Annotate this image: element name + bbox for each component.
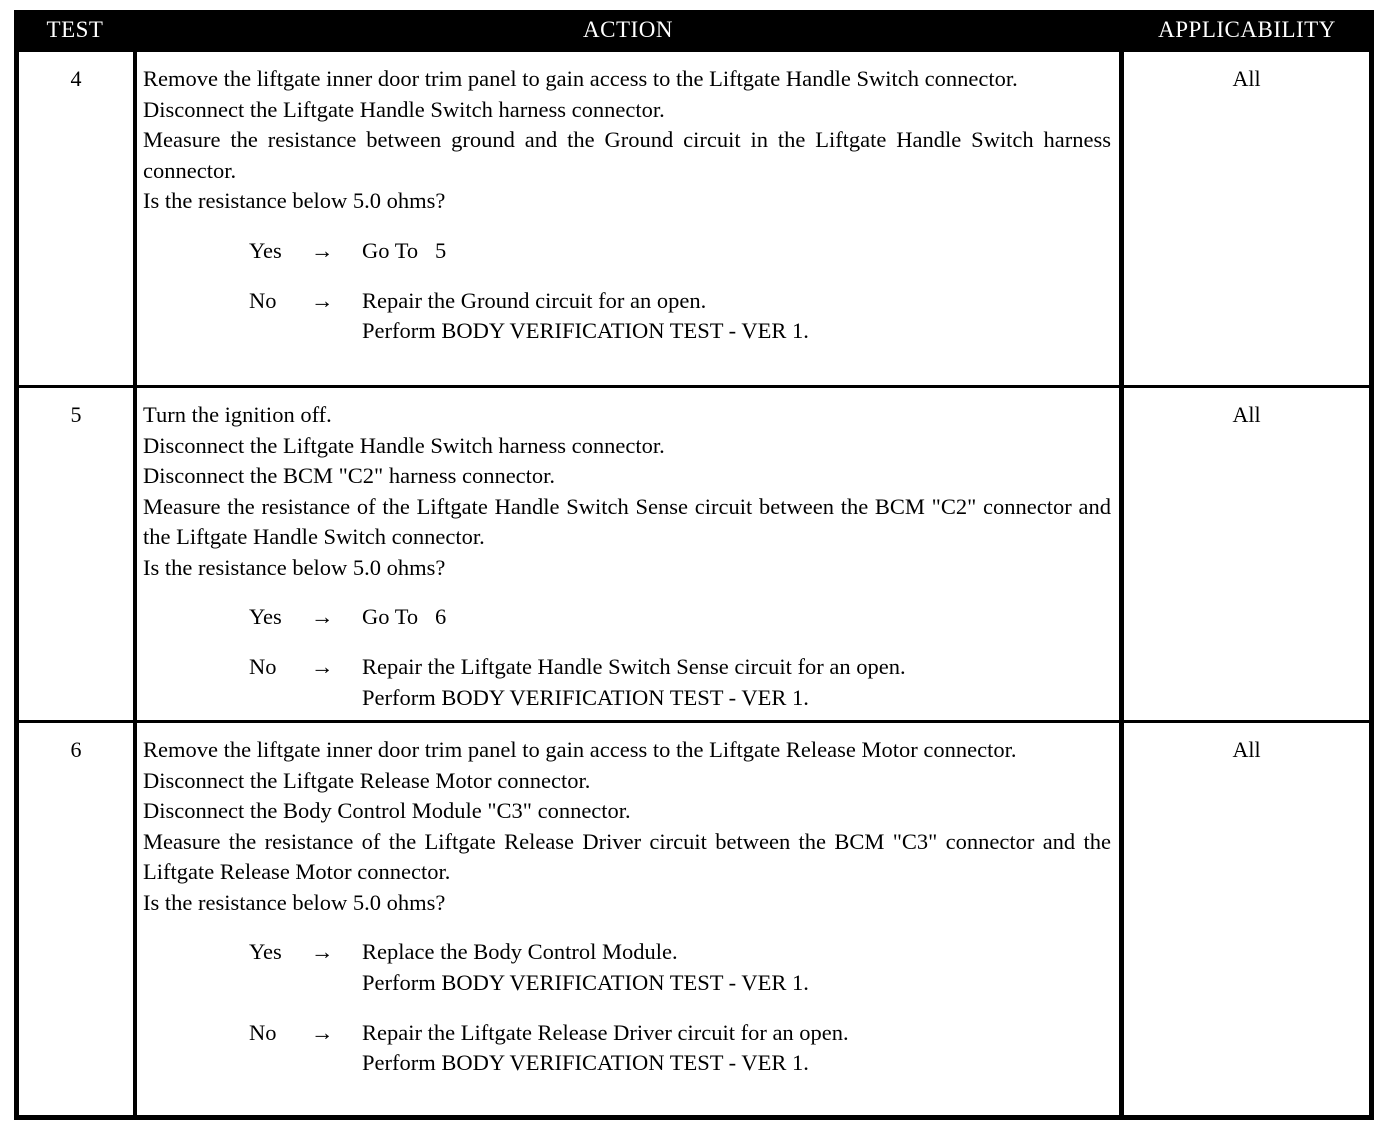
test-number-cell: 6 xyxy=(19,723,133,1115)
yes-label: Yes xyxy=(249,602,282,633)
header-action: ACTION xyxy=(136,17,1120,43)
action-step: Disconnect the BCM "C2" harness connecto… xyxy=(143,461,1111,492)
action-cell: Remove the liftgate inner door trim pane… xyxy=(137,52,1119,385)
right-arrow-icon: → xyxy=(311,286,334,317)
no-label: No xyxy=(249,286,277,317)
yes-instruction: Perform BODY VERIFICATION TEST - VER 1. xyxy=(362,968,1111,999)
no-instruction: Perform BODY VERIFICATION TEST - VER 1. xyxy=(362,316,1111,347)
yes-instruction: Replace the Body Control Module. xyxy=(362,937,1111,968)
right-arrow-icon: → xyxy=(311,937,334,968)
yes-branch: Yes→Go To 6 xyxy=(143,602,1111,633)
diagnostic-test-table: TEST ACTION APPLICABILITY 4Remove the li… xyxy=(14,10,1374,1120)
applicability-value: All xyxy=(1124,400,1369,430)
action-cell: Remove the liftgate inner door trim pane… xyxy=(137,723,1119,1115)
test-number: 5 xyxy=(19,400,133,430)
no-instruction: Repair the Liftgate Release Driver circu… xyxy=(362,1018,1111,1049)
applicability-value: All xyxy=(1124,735,1369,765)
yes-branch: Yes→Replace the Body Control Module.Perf… xyxy=(143,937,1111,998)
action-step: Disconnect the Liftgate Release Motor co… xyxy=(143,766,1111,797)
action-step: Is the resistance below 5.0 ohms? xyxy=(143,186,1111,217)
no-instruction: Perform BODY VERIFICATION TEST - VER 1. xyxy=(362,1048,1111,1079)
yes-label: Yes xyxy=(249,937,282,968)
no-branch: No→Repair the Liftgate Release Driver ci… xyxy=(143,1018,1111,1079)
yes-label: Yes xyxy=(249,236,282,267)
no-instruction: Repair the Liftgate Handle Switch Sense … xyxy=(362,652,1111,683)
action-step: Measure the resistance of the Liftgate H… xyxy=(143,492,1111,553)
test-number-cell: 5 xyxy=(19,388,133,720)
header-applicability: APPLICABILITY xyxy=(1124,17,1370,43)
test-number-cell: 4 xyxy=(19,52,133,385)
action-step: Measure the resistance of the Liftgate R… xyxy=(143,827,1111,888)
action-step: Is the resistance below 5.0 ohms? xyxy=(143,553,1111,584)
no-label: No xyxy=(249,652,277,683)
right-arrow-icon: → xyxy=(311,602,334,633)
right-arrow-icon: → xyxy=(311,1018,334,1049)
action-step: Disconnect the Liftgate Handle Switch ha… xyxy=(143,95,1111,126)
right-arrow-icon: → xyxy=(311,652,334,683)
action-step: Remove the liftgate inner door trim pane… xyxy=(143,64,1111,95)
table-row: 4Remove the liftgate inner door trim pan… xyxy=(14,52,1374,385)
right-arrow-icon: → xyxy=(311,236,334,267)
table-header: TEST ACTION APPLICABILITY xyxy=(14,10,1374,50)
action-cell: Turn the ignition off.Disconnect the Lif… xyxy=(137,388,1119,720)
action-step: Turn the ignition off. xyxy=(143,400,1111,431)
yes-instruction: Go To 6 xyxy=(362,602,1111,633)
no-branch: No→Repair the Ground circuit for an open… xyxy=(143,286,1111,347)
action-step: Measure the resistance between ground an… xyxy=(143,125,1111,186)
yes-instruction: Go To 5 xyxy=(362,236,1111,267)
applicability-cell: All xyxy=(1124,52,1369,385)
applicability-value: All xyxy=(1124,64,1369,94)
table-row: 5Turn the ignition off.Disconnect the Li… xyxy=(14,388,1374,720)
no-label: No xyxy=(249,1018,277,1049)
yes-branch: Yes→Go To 5 xyxy=(143,236,1111,267)
applicability-cell: All xyxy=(1124,388,1369,720)
header-test: TEST xyxy=(18,17,132,43)
action-step: Disconnect the Liftgate Handle Switch ha… xyxy=(143,431,1111,462)
no-instruction: Perform BODY VERIFICATION TEST - VER 1. xyxy=(362,683,1111,714)
test-number: 6 xyxy=(19,735,133,765)
applicability-cell: All xyxy=(1124,723,1369,1115)
table-row: 6Remove the liftgate inner door trim pan… xyxy=(14,723,1374,1115)
action-step: Remove the liftgate inner door trim pane… xyxy=(143,735,1111,766)
test-number: 4 xyxy=(19,64,133,94)
action-step: Is the resistance below 5.0 ohms? xyxy=(143,888,1111,919)
no-branch: No→Repair the Liftgate Handle Switch Sen… xyxy=(143,652,1111,713)
action-step: Disconnect the Body Control Module "C3" … xyxy=(143,796,1111,827)
no-instruction: Repair the Ground circuit for an open. xyxy=(362,286,1111,317)
